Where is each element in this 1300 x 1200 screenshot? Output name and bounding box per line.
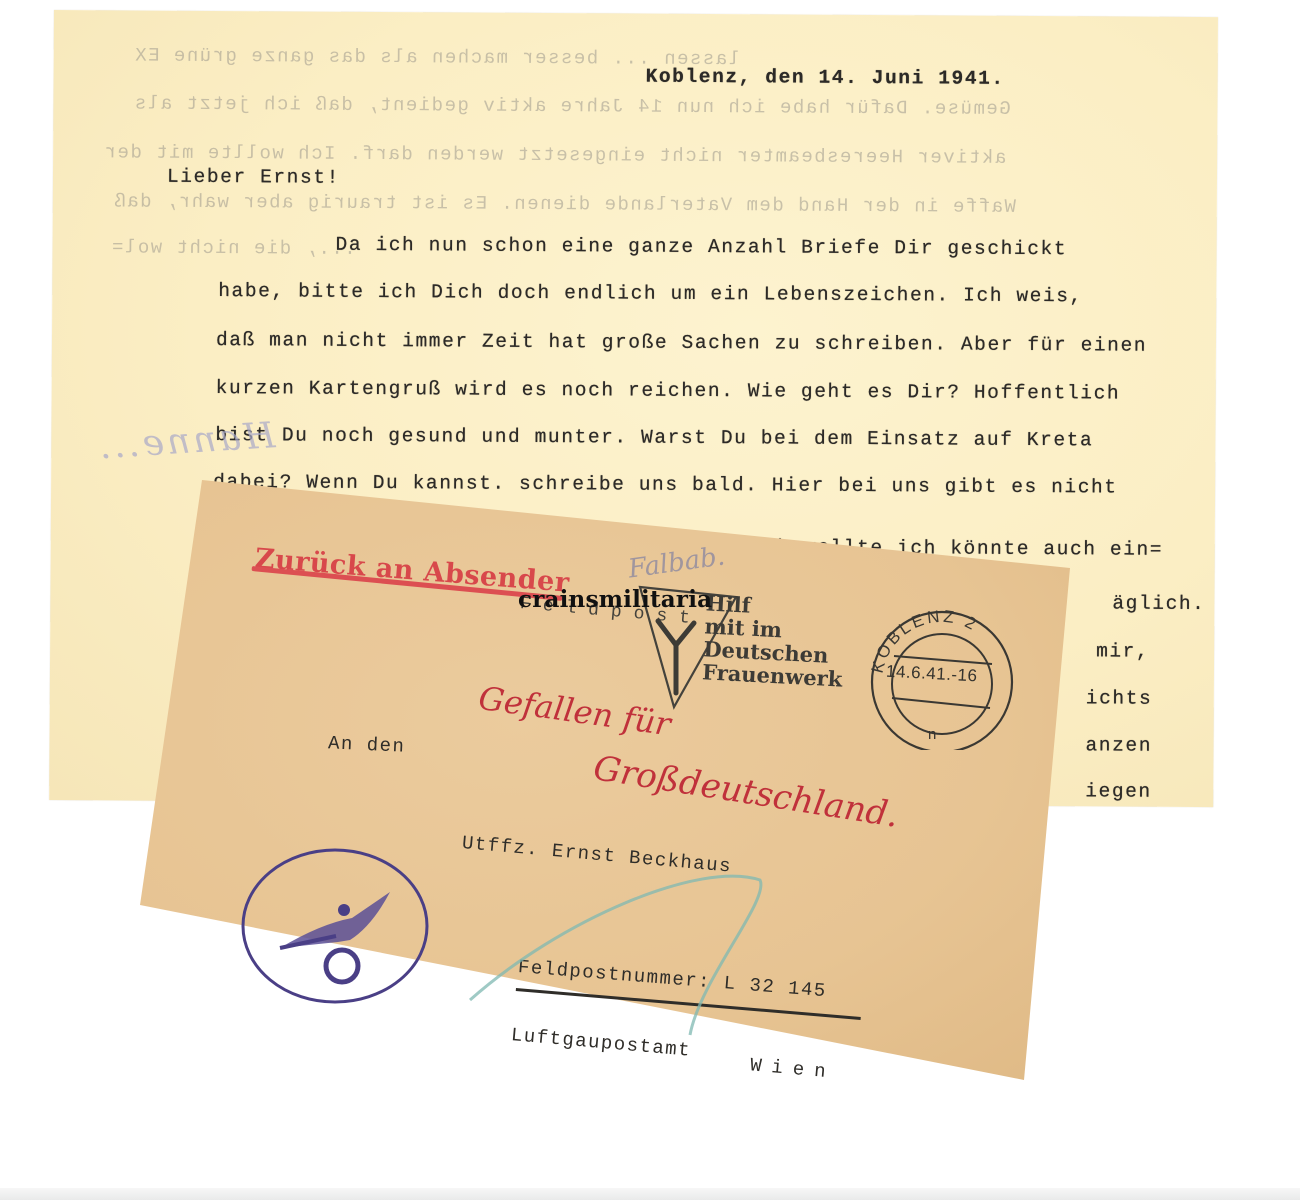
scan-edge bbox=[0, 1188, 1300, 1200]
letter-salutation: Lieber Ernst! bbox=[167, 166, 340, 189]
bleed-through-line: Gemüse. Dafür habe ich nun 14 Jahre akti… bbox=[133, 92, 1010, 119]
letter-line: bist Du noch gesund und munter. Warst Du… bbox=[215, 424, 1093, 451]
letter-line: dabei? Wenn Du kannst. schreibe uns bald… bbox=[213, 471, 1118, 499]
koblenz-postmark: KOBLENZ 2 14.6.41.-16 n bbox=[860, 600, 1020, 750]
letter-line: äglich. bbox=[1112, 592, 1205, 615]
letter-dateline: Koblenz, den 14. Juni 1941. bbox=[646, 66, 1005, 90]
address-line: An den bbox=[328, 732, 406, 757]
postmark-code: n bbox=[928, 726, 936, 743]
post-office: Luftgaupostamt bbox=[510, 1024, 692, 1062]
bleed-through-line: Waffe in der Hand dem Vaterlande dienen.… bbox=[113, 190, 1016, 218]
bleed-through-line: ..., die nicht wol= bbox=[110, 236, 355, 259]
letter-line: anzen bbox=[1085, 734, 1152, 756]
letter-line: kurzen Kartengruß wird es noch reichen. … bbox=[216, 377, 1121, 405]
post-office-city: Wien bbox=[749, 1054, 836, 1083]
military-eagle-seal bbox=[240, 846, 430, 1006]
letter-line: ichts bbox=[1086, 687, 1153, 709]
slogan-text: Hilf mit im Deutschen Frauenwerk bbox=[702, 591, 847, 690]
letter-line: iegen bbox=[1085, 780, 1152, 802]
bleed-through-line: aktiver Heeresbeamter nicht eingesetzt w… bbox=[103, 141, 1006, 169]
watermark: crainsmilitaria bbox=[518, 586, 712, 613]
letter-line: Da ich nun schon eine ganze Anzahl Brief… bbox=[336, 234, 1068, 260]
faded-signature: Hanne... bbox=[95, 415, 276, 467]
letter-line: daß man nicht immer Zeit hat große Sache… bbox=[216, 329, 1147, 357]
letter-line: habe, bitte ich Dich doch endlich um ein… bbox=[218, 280, 1083, 307]
letter-line: mir, bbox=[1096, 640, 1149, 662]
eagle-seal-icon bbox=[240, 846, 430, 1006]
